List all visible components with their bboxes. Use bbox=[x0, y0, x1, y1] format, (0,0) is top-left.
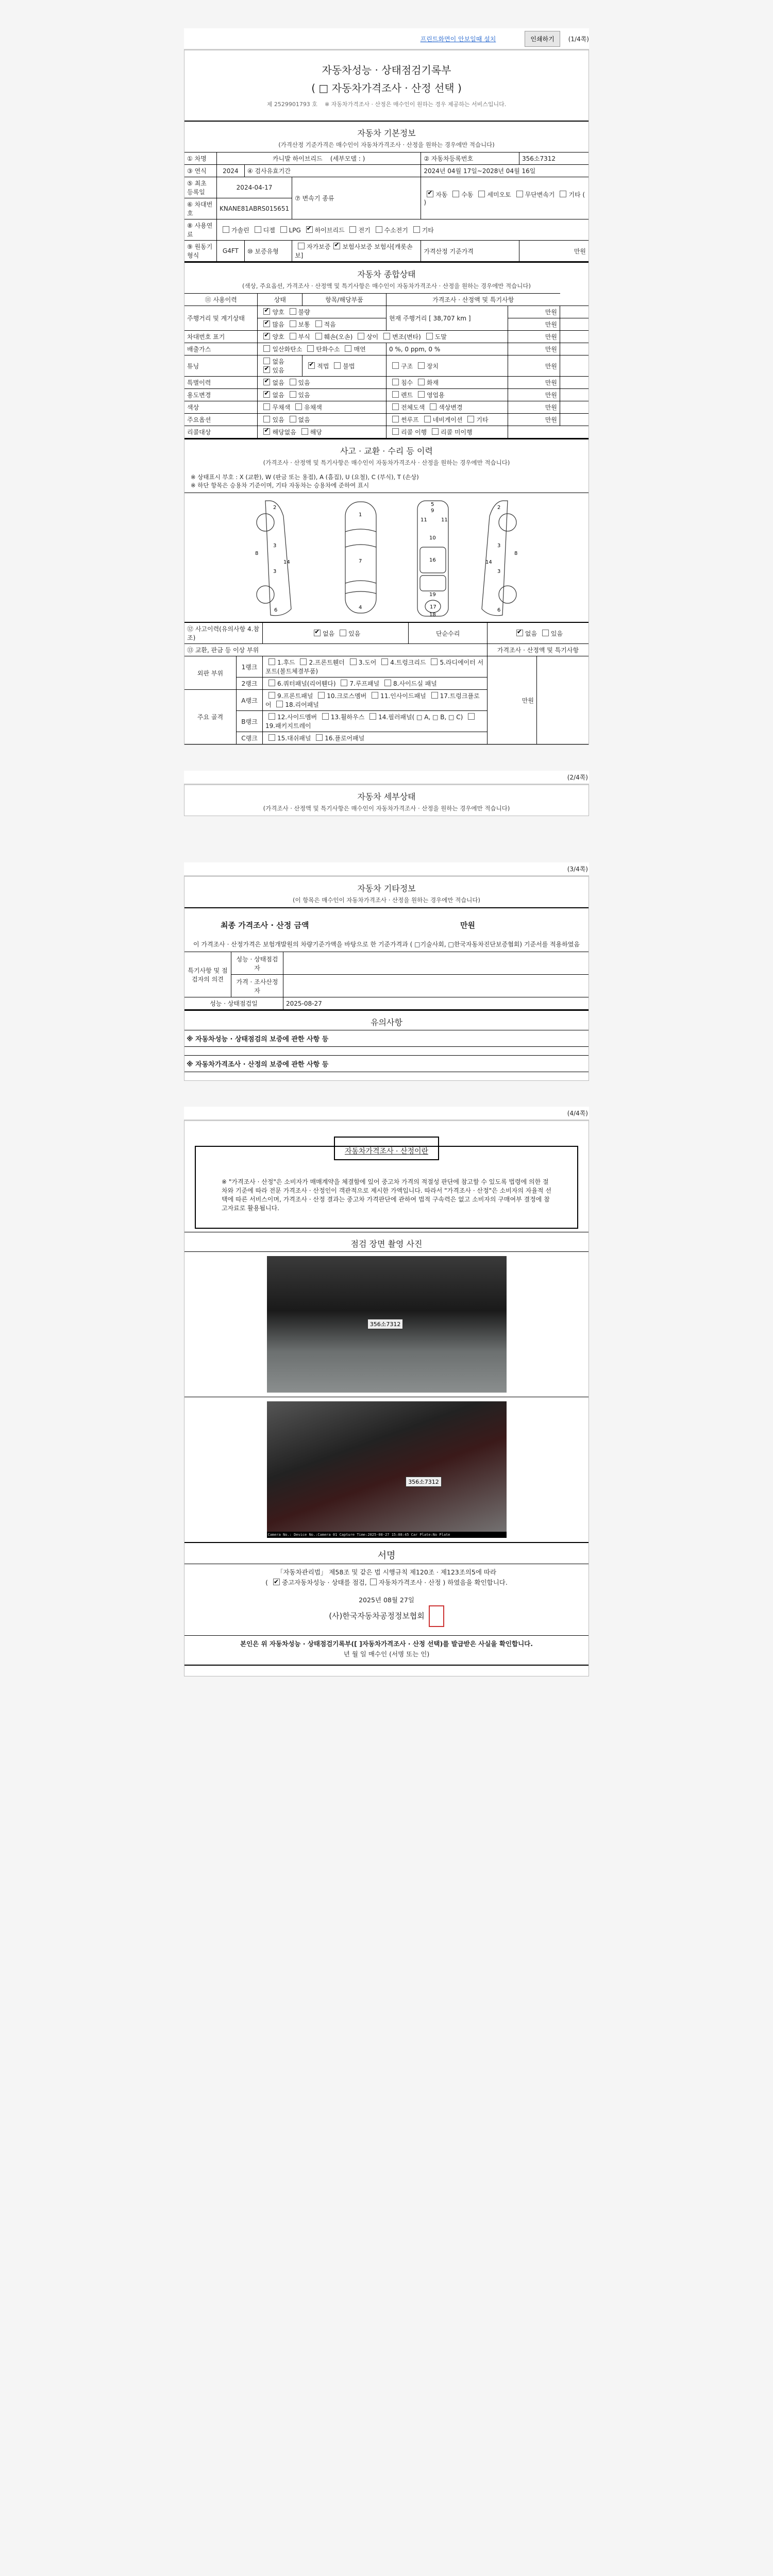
checkbox[interactable] bbox=[560, 191, 566, 197]
column-header: 가격조사 · 산정액 및 특기사항 bbox=[386, 294, 560, 306]
checkbox[interactable] bbox=[333, 243, 340, 249]
notices-title: 유의사항 bbox=[184, 1010, 589, 1030]
option-label: 리콜 이행 bbox=[401, 429, 427, 436]
checkbox[interactable] bbox=[392, 416, 399, 422]
svg-text:6: 6 bbox=[274, 607, 277, 613]
svg-text:14: 14 bbox=[485, 560, 492, 565]
confirm-a: 중고자동차성능 · 상태를 점검, bbox=[282, 1579, 367, 1586]
option-label: 있음 bbox=[298, 379, 310, 386]
svg-text:7: 7 bbox=[359, 558, 362, 564]
basic-info-sub: (가격산정 기준가격은 매수인이 자동차가격조사 · 산정을 원하는 경우에만 … bbox=[184, 141, 589, 152]
checkbox[interactable] bbox=[255, 226, 261, 233]
photo-title: 점검 장면 촬영 사진 bbox=[184, 1232, 589, 1251]
label-transmission: ⑦ 변속기 종류 bbox=[292, 177, 421, 219]
svg-text:17: 17 bbox=[430, 604, 436, 610]
other-title: 자동차 기타정보 bbox=[184, 877, 589, 896]
history-label: ⑫ 사고이력(유의사항 4.참조) bbox=[184, 623, 263, 644]
print-button[interactable]: 인쇄하기 bbox=[525, 31, 560, 47]
checkbox[interactable] bbox=[542, 630, 549, 636]
doc-number: 제 2529901793 호 bbox=[267, 101, 317, 108]
option-label: 없음 bbox=[525, 630, 537, 637]
label-warranty: ⑩ 보증유형 bbox=[244, 241, 292, 262]
confirm-b: 자동차가격조사 · 산정 ) 하였음을 확인합니다. bbox=[379, 1579, 508, 1586]
rank: B랭크 bbox=[237, 711, 263, 732]
plate: 356소7312 bbox=[367, 1319, 404, 1329]
svg-text:2: 2 bbox=[497, 505, 500, 511]
option-label: 장치 bbox=[427, 363, 439, 370]
option-label: 기타 bbox=[422, 227, 434, 234]
checkbox[interactable] bbox=[268, 713, 275, 720]
svg-text:4: 4 bbox=[359, 605, 362, 611]
checkbox[interactable] bbox=[372, 692, 378, 699]
engine-type: G4FT bbox=[217, 241, 245, 262]
checkbox[interactable] bbox=[318, 692, 325, 699]
column-header: ⑪ 사용이력 bbox=[184, 294, 258, 306]
option-label: 수소전기 bbox=[384, 227, 408, 234]
row-label: 배출가스 bbox=[184, 343, 258, 355]
svg-text:3: 3 bbox=[497, 543, 500, 549]
option-label: 변조(변타) bbox=[392, 333, 421, 341]
overall-title: 자동차 종합상태 bbox=[184, 262, 589, 282]
checkbox[interactable] bbox=[306, 226, 313, 233]
svg-text:16: 16 bbox=[429, 557, 436, 563]
svg-text:9: 9 bbox=[431, 508, 434, 514]
checkbox[interactable] bbox=[426, 333, 433, 340]
car-diagram-icon: 2338146 174 5911111016191718 2338146 bbox=[242, 496, 531, 619]
svg-text:11: 11 bbox=[421, 517, 427, 523]
checkbox[interactable] bbox=[268, 680, 275, 686]
svg-text:1: 1 bbox=[359, 512, 362, 518]
option-label: 구조 bbox=[401, 363, 413, 370]
part-label: 6.쿼터패널(리어휀다) bbox=[277, 680, 336, 687]
option-label: 침수 bbox=[401, 379, 413, 386]
checkbox[interactable] bbox=[268, 734, 275, 741]
option-label: 적음 bbox=[324, 321, 336, 328]
sign-date: 2025년 08월 27일 bbox=[184, 1595, 589, 1605]
checkbox[interactable] bbox=[301, 428, 308, 435]
accident-table: ⑫ 사고이력(유의사항 4.참조)없음 있음단순수리없음 있음⑬ 교환, 판금 … bbox=[184, 622, 589, 744]
checkbox[interactable] bbox=[290, 308, 296, 315]
option-label: 렌트 bbox=[401, 392, 413, 399]
inspector-opinion bbox=[283, 952, 589, 975]
checkbox[interactable] bbox=[431, 692, 438, 699]
option-label: 없음 bbox=[272, 358, 284, 365]
checkbox[interactable] bbox=[392, 379, 399, 385]
doc-title: 자동차성능 · 상태점검기록부 bbox=[184, 62, 589, 77]
first-reg: 2024-04-17 bbox=[217, 177, 292, 198]
option-label: 있음 bbox=[298, 392, 310, 399]
option-label: 리콜 미이행 bbox=[441, 429, 473, 436]
checkbox[interactable] bbox=[263, 379, 270, 385]
checkbox[interactable] bbox=[432, 428, 439, 435]
accident-title: 사고 · 교환 · 수리 등 이력 bbox=[184, 438, 589, 459]
overall-table: ⑪ 사용이력상태항목/해당부품가격조사 · 산정액 및 특기사항주행거리 및 계… bbox=[184, 293, 589, 438]
svg-text:8: 8 bbox=[514, 551, 517, 556]
label-fuel: ⑧ 사용연료 bbox=[184, 219, 217, 241]
option-label: 없음 bbox=[272, 392, 284, 399]
option-label: 훼손(오손) bbox=[324, 333, 353, 341]
checkbox[interactable] bbox=[263, 403, 270, 410]
basic-info-table: ① 차명 카니발 하이브리드 (세부모델 : ) ② 자동차등록번호 356소7… bbox=[184, 152, 589, 262]
svg-text:5: 5 bbox=[431, 502, 434, 507]
detail-sub: (가격조사 · 산정액 및 특기사항은 매수인이 자동차가격조사 · 산정을 원… bbox=[184, 804, 589, 816]
option-label: 없음 bbox=[323, 630, 334, 637]
transmission-options: 자동 수동 세미오토 무단변속기 기타 ( ) bbox=[421, 177, 589, 219]
option-label: 부식 bbox=[298, 333, 310, 341]
svg-text:18: 18 bbox=[429, 612, 436, 618]
basic-info-title: 자동차 기본정보 bbox=[184, 121, 589, 141]
option-label: 유채색 bbox=[304, 404, 322, 411]
option-label: 해당 bbox=[310, 429, 322, 436]
option-label: 상이 bbox=[366, 333, 378, 341]
option-label: 디젤 bbox=[263, 227, 275, 234]
label-first-reg: ⑤ 최초 등록일 bbox=[184, 177, 217, 198]
option-label: 자동 bbox=[435, 191, 447, 198]
part-label: 13.휠하우스 bbox=[331, 714, 364, 721]
row-label: 주요옵션 bbox=[184, 414, 258, 426]
checkbox[interactable] bbox=[290, 391, 296, 398]
option-label: 없음 bbox=[272, 379, 284, 386]
notice-heading-1: ※ 자동차성능 · 상태점검의 보증에 관한 사항 등 bbox=[184, 1030, 589, 1047]
page-number: (1/4쪽) bbox=[568, 35, 589, 43]
checkbox[interactable] bbox=[431, 658, 438, 665]
checkbox[interactable] bbox=[349, 226, 356, 233]
checkbox[interactable] bbox=[392, 362, 399, 369]
checkbox[interactable] bbox=[430, 403, 436, 410]
printer-install-link[interactable]: 프린트화면이 안보일때 설치 bbox=[421, 35, 496, 43]
checkbox[interactable] bbox=[268, 658, 275, 665]
row-label: 리콜대상 bbox=[184, 426, 258, 438]
fuel-options: 가솔린 디젤 LPG 하이브리드 전기 수소전기 기타 bbox=[217, 219, 589, 241]
checkbox[interactable] bbox=[295, 403, 302, 410]
part-label: 18.리어패널 bbox=[285, 701, 318, 708]
checkbox[interactable] bbox=[322, 713, 329, 720]
warranty-self: 자가보증 bbox=[307, 243, 330, 250]
part-label: 3.도어 bbox=[359, 659, 377, 666]
mileage: 현재 주행거리 [ 38,707 km ] bbox=[386, 306, 508, 331]
page-4: (4/4쪽) 자동차가격조사 · 산정이란 ※ "가격조사 · 산정"은 소비자… bbox=[184, 1107, 589, 1676]
final-price-label: 최종 가격조사 · 산정 금액 bbox=[221, 920, 309, 930]
notice-heading-2: ※ 자동차가격조사 · 산정의 보증에 관한 사항 등 bbox=[184, 1055, 589, 1072]
part-label: 10.크로스멤버 bbox=[327, 692, 366, 700]
page-number: (4/4쪽) bbox=[184, 1107, 589, 1120]
other-sub: (이 항목은 매수인이 자동차가격조사 · 산정을 원하는 경우에만 적습니다) bbox=[184, 896, 589, 907]
checkbox[interactable] bbox=[418, 362, 425, 369]
checkbox[interactable] bbox=[263, 308, 270, 315]
page-number: (3/4쪽) bbox=[184, 862, 589, 875]
checkbox[interactable] bbox=[358, 333, 364, 340]
checkbox[interactable] bbox=[280, 226, 287, 233]
option-label: 영업용 bbox=[427, 392, 445, 399]
checkbox[interactable] bbox=[263, 358, 270, 364]
final-note: 이 가격조사 · 산정가격은 보험개발원의 차량기준가액을 바탕으로 한 기준가… bbox=[184, 937, 589, 952]
checkbox[interactable] bbox=[418, 379, 425, 385]
option-label: 매연 bbox=[354, 346, 365, 353]
svg-text:3: 3 bbox=[273, 543, 276, 549]
doc-subtitle: ( □ 자동차가격조사 · 산정 선택 ) bbox=[184, 80, 589, 95]
row-label: 특별이력 bbox=[184, 377, 258, 389]
option-label: 양호 bbox=[272, 309, 284, 316]
checkbox[interactable] bbox=[314, 630, 321, 636]
sign-law: 「자동차관리법」 제58조 및 같은 법 시행규칙 제120조 · 제123조의… bbox=[184, 1567, 589, 1578]
page-3: (3/4쪽) 자동차 기타정보 (이 항목은 매수인이 자동차가격조사 · 산정… bbox=[184, 862, 589, 1081]
checkbox[interactable] bbox=[392, 428, 399, 435]
row-label: 주행거리 및 계기상태 bbox=[184, 306, 258, 331]
option-label: 기타 bbox=[476, 416, 488, 423]
option-label: 적법 bbox=[317, 363, 329, 370]
association: (사)한국자동차공정정보협회 bbox=[329, 1612, 425, 1621]
vin: KNANE81ABRS015651 bbox=[217, 198, 292, 219]
checkbox[interactable] bbox=[307, 345, 314, 352]
svg-text:8: 8 bbox=[255, 551, 258, 556]
svg-text:19: 19 bbox=[429, 592, 436, 598]
reg-number: 356소7312 bbox=[519, 152, 589, 165]
option-label: 있음 bbox=[272, 367, 284, 374]
option-label: 탄화수소 bbox=[316, 346, 340, 353]
label-vin: ⑥ 차대번호 bbox=[184, 198, 217, 219]
rank: A랭크 bbox=[237, 690, 263, 711]
option-label: 많음 bbox=[272, 321, 284, 328]
option-label: 하이브리드 bbox=[315, 227, 345, 234]
checkbox[interactable] bbox=[516, 191, 523, 197]
label-engine: ⑨ 원동기형식 bbox=[184, 241, 217, 262]
inspection-photo-front: 356소7312 bbox=[267, 1256, 507, 1393]
option-label: 색상변경 bbox=[439, 404, 462, 411]
part-label: 12.사이드멤버 bbox=[277, 714, 317, 721]
checkbox[interactable] bbox=[308, 362, 315, 369]
page-1: 프린트화면이 안보일때 설치 인쇄하기 (1/4쪽) 자동차성능 · 상태점검기… bbox=[184, 28, 589, 745]
option-label: 불량 bbox=[298, 309, 310, 316]
option-label: 네비게이션 bbox=[433, 416, 463, 423]
appraiser-label: 가격 · 조사산정자 bbox=[231, 975, 283, 997]
checkbox[interactable] bbox=[268, 692, 275, 699]
svg-text:3: 3 bbox=[497, 569, 500, 574]
checkbox[interactable] bbox=[452, 191, 459, 197]
simple-label: 단순수리 bbox=[409, 623, 488, 644]
checkbox[interactable] bbox=[290, 416, 296, 422]
label-reg-number: ② 자동차등록번호 bbox=[421, 152, 519, 165]
option-label: 없음 bbox=[298, 416, 310, 423]
option-label: 있음 bbox=[272, 416, 284, 423]
checkbox[interactable] bbox=[223, 226, 229, 233]
opinion-table: 특기사항 및 점검자의 의견성능 · 상태점검자 가격 · 조사산정자 성능 ·… bbox=[184, 952, 589, 1010]
svg-text:11: 11 bbox=[441, 517, 448, 523]
checkbox[interactable] bbox=[381, 658, 388, 665]
group-label: 주요 골격 bbox=[184, 690, 237, 744]
option-label: 가솔린 bbox=[231, 227, 249, 234]
checkbox[interactable] bbox=[298, 243, 305, 249]
year: 2024 bbox=[217, 165, 245, 177]
option-label: 일산화탄소 bbox=[272, 346, 302, 353]
inspection-photo-rear: 356소7312Camera No.: Device No.:Camera 01… bbox=[267, 1401, 507, 1538]
checkbox[interactable] bbox=[316, 734, 323, 741]
checkbox[interactable] bbox=[478, 191, 485, 197]
option-label: 해당없음 bbox=[272, 429, 296, 436]
appraiser-opinion bbox=[283, 975, 589, 997]
checkbox[interactable] bbox=[383, 333, 390, 340]
notice-list-1 bbox=[184, 1047, 589, 1055]
part-label: 11.인사이드패널 bbox=[380, 692, 426, 700]
seal-icon bbox=[429, 1605, 444, 1627]
checkbox[interactable] bbox=[263, 366, 270, 373]
photo-caption: Camera No.: Device No.:Camera 01 Capture… bbox=[267, 1532, 507, 1538]
final-price-unit: 만원 bbox=[460, 920, 475, 930]
valid-period: 2024년 04월 17일~2028년 04월 16일 bbox=[421, 165, 589, 177]
opinion-label: 특기사항 및 점검자의 의견 bbox=[184, 952, 231, 997]
option-label: 화재 bbox=[427, 379, 439, 386]
checkbox[interactable] bbox=[315, 320, 322, 327]
svg-text:10: 10 bbox=[429, 535, 436, 541]
svg-text:3: 3 bbox=[273, 569, 276, 574]
label-base-price: 가격산정 기준가격 bbox=[421, 241, 519, 262]
plate: 356소7312 bbox=[406, 1477, 442, 1487]
checkbox[interactable] bbox=[263, 416, 270, 422]
checkbox[interactable] bbox=[516, 630, 523, 636]
checkbox[interactable] bbox=[263, 428, 270, 435]
group-label: 외판 부위 bbox=[184, 656, 237, 690]
checkbox[interactable] bbox=[467, 416, 474, 422]
overall-sub: (색상, 주요옵션, 가격조사 · 산정액 및 특기사항은 매수인이 자동차가격… bbox=[184, 282, 589, 293]
option-label: 보통 bbox=[298, 321, 310, 328]
sign-title: 서명 bbox=[184, 1542, 589, 1564]
notice-list-2 bbox=[184, 1072, 589, 1080]
part-label: 7.루프패널 bbox=[349, 680, 379, 687]
appraisal-box-title: 자동차가격조사 · 산정이란 bbox=[334, 1137, 439, 1160]
checkbox[interactable] bbox=[290, 320, 296, 327]
column-header: 상태 bbox=[258, 294, 303, 306]
checkbox[interactable] bbox=[384, 680, 391, 686]
checkbox[interactable] bbox=[315, 333, 322, 340]
part-label: 19.패키지트레이 bbox=[265, 722, 311, 730]
page-number: (2/4쪽) bbox=[184, 771, 589, 784]
checkbox[interactable] bbox=[418, 391, 425, 398]
checkbox[interactable] bbox=[334, 362, 341, 369]
checkbox[interactable] bbox=[290, 379, 296, 385]
option-label: 도말 bbox=[435, 333, 447, 341]
inspection-date-label: 성능 · 상태점검일 bbox=[184, 997, 283, 1010]
service-note: ※ 자동차가격조사 · 산정은 매수인이 원하는 경우 제공하는 서비스입니다. bbox=[325, 101, 506, 108]
row-label: 차대번호 표기 bbox=[184, 331, 258, 343]
parts-label: ⑬ 교환, 판금 등 이상 부위 bbox=[184, 644, 488, 656]
inspection-date: 2025-08-27 bbox=[283, 997, 589, 1010]
column-header: 항목/해당부품 bbox=[303, 294, 386, 306]
checkbox[interactable] bbox=[376, 226, 382, 233]
car-parts-diagram: 2338146 174 5911111016191718 2338146 bbox=[184, 493, 589, 622]
option-label: 양호 bbox=[272, 333, 284, 341]
checkbox[interactable] bbox=[392, 403, 399, 410]
option-label: LPG bbox=[289, 227, 301, 234]
checkbox[interactable] bbox=[263, 391, 270, 398]
receipt: 본인은 위 자동차성능 · 상태점검기록부([ ]자동차가격조사 · 산정 선택… bbox=[184, 1639, 589, 1649]
checkbox[interactable] bbox=[290, 333, 296, 340]
row-label: 용도변경 bbox=[184, 389, 258, 401]
checkbox[interactable] bbox=[369, 713, 376, 720]
part-label: 9.프론트패널 bbox=[277, 692, 313, 700]
detail-model: (세부모델 : ) bbox=[330, 155, 365, 162]
checkbox[interactable] bbox=[341, 680, 347, 686]
label-valid: ④ 검사유효기간 bbox=[244, 165, 421, 177]
part-label: 16.플로어패널 bbox=[325, 735, 364, 742]
svg-text:6: 6 bbox=[497, 607, 500, 613]
legend-1: ※ 상태표시 부호 : X (교환), W (판금 또는 용접), A (흠집)… bbox=[191, 473, 582, 481]
rank: 1랭크 bbox=[237, 656, 263, 677]
legend-2: ※ 하단 항목은 승용차 기준이며, 기타 자동차는 승용차에 준하여 표시 bbox=[191, 481, 582, 489]
checkbox[interactable] bbox=[263, 333, 270, 340]
option-label: 썬루프 bbox=[401, 416, 419, 423]
price-label: 가격조사 · 산정액 및 특기사항 bbox=[488, 644, 589, 656]
checkbox[interactable] bbox=[424, 416, 431, 422]
part-label: 2.프론트휀더 bbox=[309, 659, 344, 666]
checkbox[interactable] bbox=[276, 701, 283, 707]
accident-sub: (가격조사 · 산정액 및 특기사항은 매수인이 자동차가격조사 · 산정을 원… bbox=[184, 459, 589, 470]
label-car-name: ① 차명 bbox=[184, 152, 217, 165]
checkbox[interactable] bbox=[273, 1579, 280, 1585]
part-label: 14.필러패널( □ A, □ B, □ C) bbox=[378, 714, 463, 721]
price: 만원 bbox=[488, 656, 537, 744]
option-label: 무채색 bbox=[272, 404, 290, 411]
legend: ※ 상태표시 부호 : X (교환), W (판금 또는 용접), A (흠집)… bbox=[184, 470, 589, 493]
svg-text:2: 2 bbox=[273, 505, 276, 511]
receipt-line: 년 월 일 매수인 (서명 또는 인) bbox=[184, 1649, 589, 1659]
checkbox[interactable] bbox=[263, 345, 270, 352]
checkbox[interactable] bbox=[300, 658, 307, 665]
rank: 2랭크 bbox=[237, 677, 263, 690]
part-label: 8.사이드실 패널 bbox=[393, 680, 437, 687]
option-label: 무단변속기 bbox=[525, 191, 555, 198]
part-label: 15.대쉬패널 bbox=[277, 735, 311, 742]
option-label: 불법 bbox=[343, 363, 355, 370]
checkbox[interactable] bbox=[392, 391, 399, 398]
checkbox[interactable] bbox=[468, 713, 475, 720]
option-label: 전체도색 bbox=[401, 404, 425, 411]
checkbox[interactable] bbox=[413, 226, 420, 233]
car-name: 카니발 하이브리드 bbox=[273, 155, 323, 162]
inspector-label: 성능 · 상태점검자 bbox=[231, 952, 283, 975]
checkbox[interactable] bbox=[350, 658, 357, 665]
checkbox[interactable] bbox=[340, 630, 346, 636]
svg-text:14: 14 bbox=[283, 560, 290, 565]
detail-title: 자동차 세부상태 bbox=[184, 785, 589, 804]
checkbox[interactable] bbox=[427, 191, 433, 197]
base-price: 만원 bbox=[519, 241, 589, 262]
option-label: 있음 bbox=[551, 630, 563, 637]
part-label: 4.트렁크리드 bbox=[390, 659, 426, 666]
checkbox[interactable] bbox=[370, 1579, 377, 1585]
checkbox[interactable] bbox=[263, 320, 270, 327]
rank: C랭크 bbox=[237, 732, 263, 744]
part-label: 1.후드 bbox=[277, 659, 295, 666]
checkbox[interactable] bbox=[345, 345, 351, 352]
option-label: 세미오토 bbox=[487, 191, 511, 198]
option-label: 있음 bbox=[348, 630, 360, 637]
signature-rows bbox=[184, 1627, 589, 1635]
option-label: 수동 bbox=[461, 191, 473, 198]
label-year: ③ 연식 bbox=[184, 165, 217, 177]
row-label: 색상 bbox=[184, 401, 258, 414]
page-2: (2/4쪽) 자동차 세부상태 (가격조사 · 산정액 및 특기사항은 매수인이… bbox=[184, 771, 589, 816]
option-label: 전기 bbox=[358, 227, 370, 234]
row-label: 튜닝 bbox=[184, 355, 258, 377]
